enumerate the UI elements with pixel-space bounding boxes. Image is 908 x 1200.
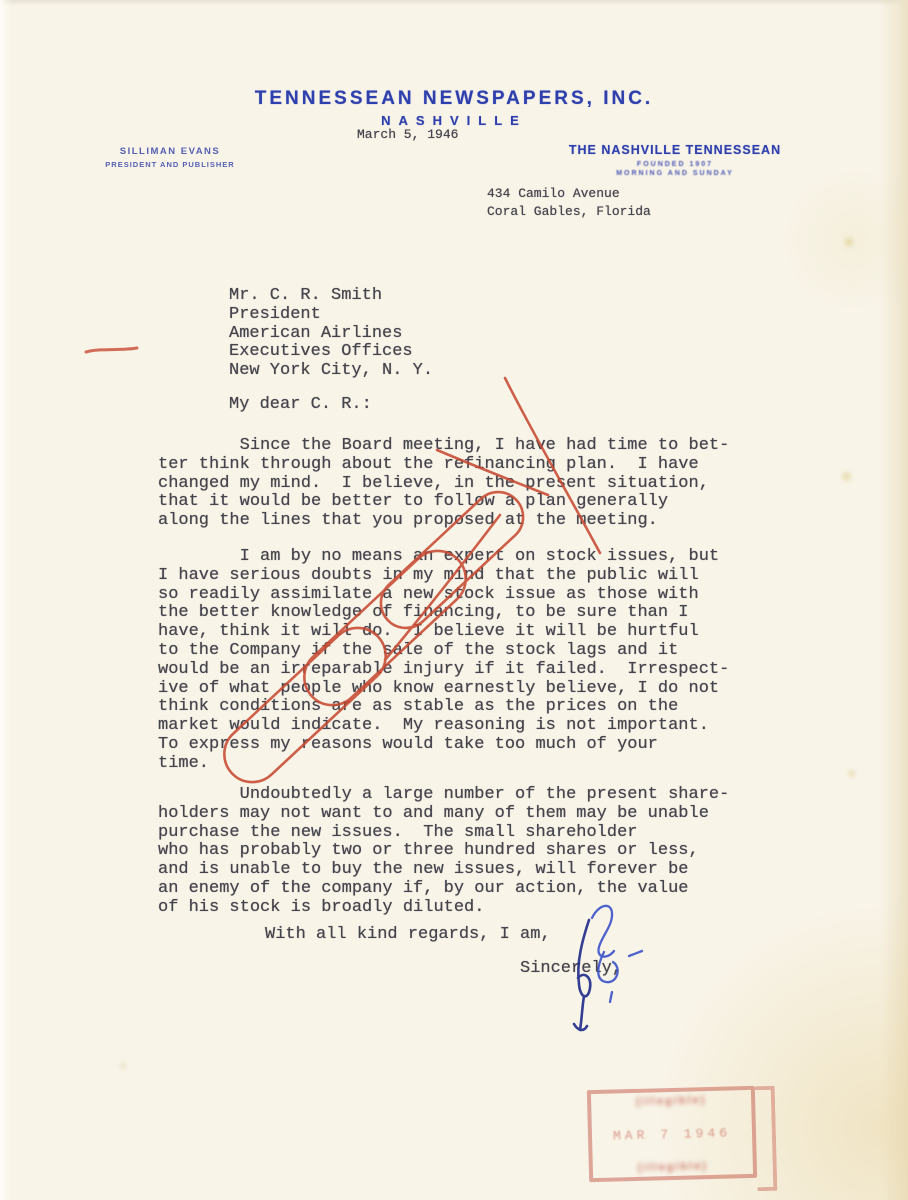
paper-name: THE NASHVILLE TENNESSEAN — [555, 143, 795, 157]
body-paragraph-1: Since the Board meeting, I have had time… — [158, 437, 729, 531]
stamp-date: MAR 7 1946 — [613, 1125, 731, 1143]
paper-founded-line: FOUNDED 1907 — [555, 161, 795, 168]
letterhead-paper-block: THE NASHVILLE TENNESSEAN FOUNDED 1907 MO… — [555, 143, 795, 177]
officer-name: SILLIMAN EVANS — [70, 146, 270, 157]
recipient-address-block: Mr. C. R. Smith President American Airli… — [229, 287, 433, 381]
paper-spot — [845, 238, 853, 246]
paper-spot — [848, 770, 855, 777]
scanned-letter-page: TENNESSEAN NEWSPAPERS, INC. NASHVILLE Ma… — [0, 0, 908, 1200]
stamp-bottom-line: (illegible) — [638, 1160, 709, 1174]
salutation: My dear C. R.: — [229, 396, 372, 415]
stamp-top-line: (illegible) — [636, 1094, 707, 1108]
body-paragraph-2: I am by no means an expert on stock issu… — [158, 548, 729, 774]
body-paragraph-3: Undoubtedly a large number of the presen… — [158, 786, 729, 918]
letterhead-officer-block: SILLIMAN EVANS PRESIDENT AND PUBLISHER — [70, 146, 270, 169]
return-address: 434 Camilo Avenue Coral Gables, Florida — [487, 185, 651, 220]
closing-regards-line: With all kind regards, I am, — [265, 926, 551, 945]
paper-spot — [842, 472, 851, 481]
officer-title: PRESIDENT AND PUBLISHER — [70, 160, 270, 169]
red-underline-mark — [86, 348, 137, 352]
letter-date: March 5, 1946 — [357, 126, 458, 144]
received-stamp: (illegible) MAR 7 1946 (illegible) — [587, 1086, 757, 1182]
paper-spot — [120, 1063, 126, 1069]
stamp-bracket-mark — [755, 1086, 778, 1191]
letterhead-company-name: TENNESSEAN NEWSPAPERS, INC. — [0, 88, 908, 110]
closing-signoff: Sincerely, — [520, 960, 622, 979]
paper-edition-line: MORNING AND SUNDAY — [555, 170, 795, 177]
